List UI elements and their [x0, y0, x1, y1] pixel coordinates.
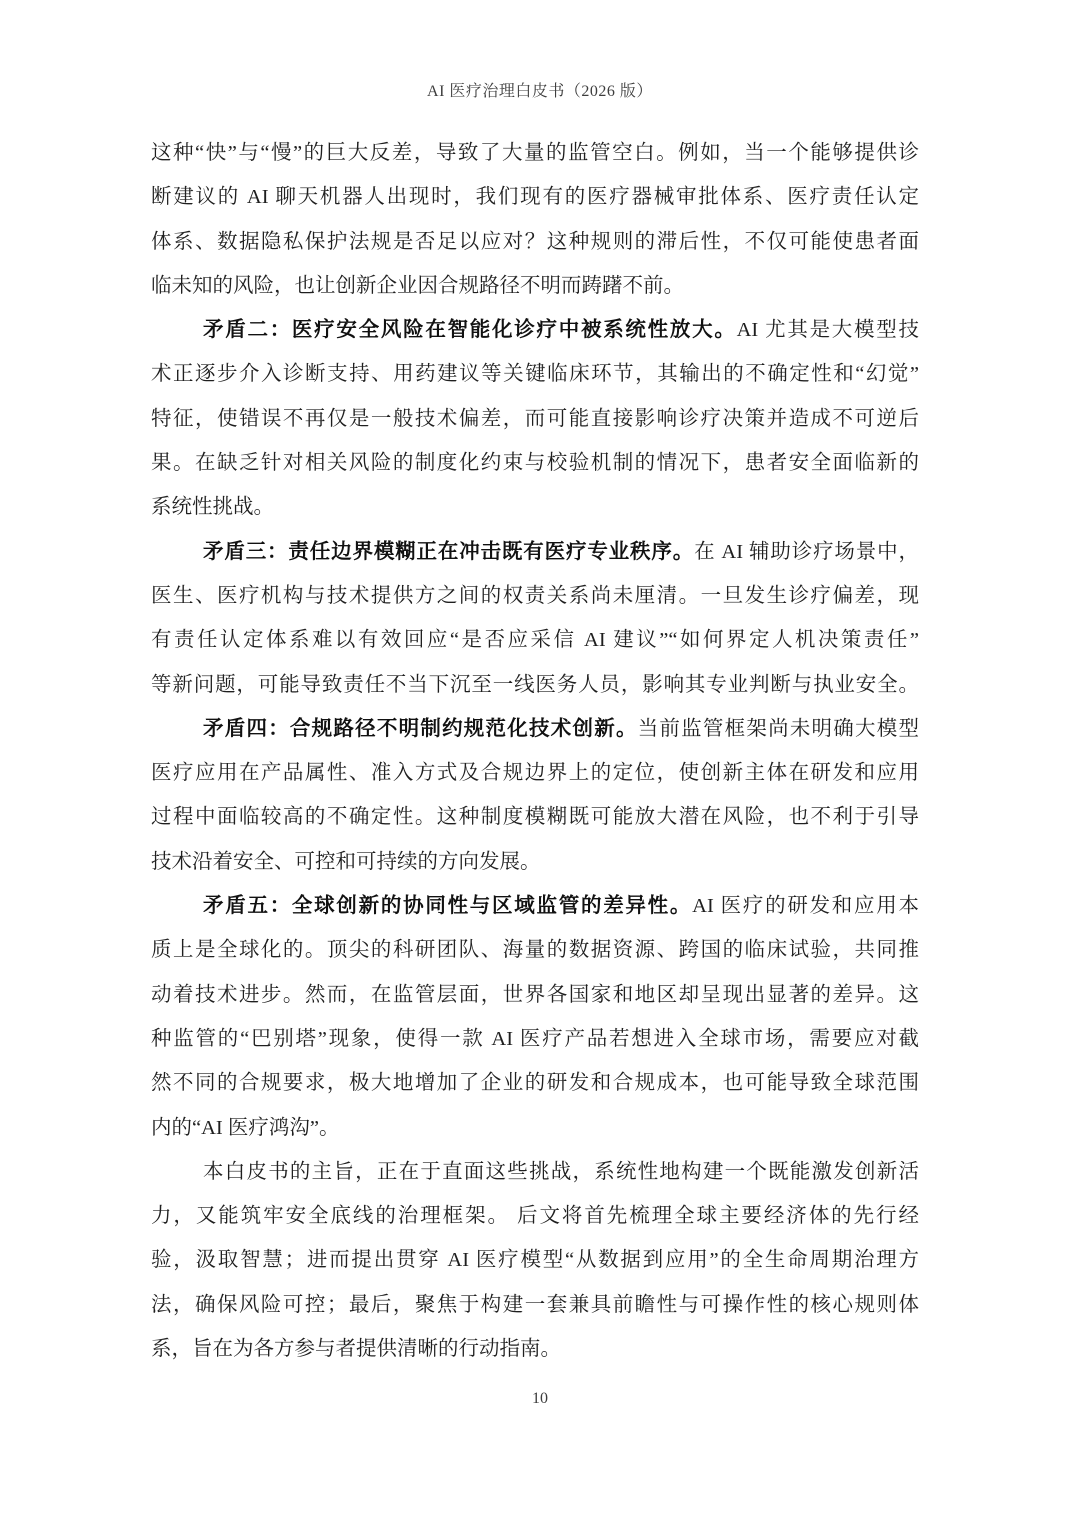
- text-line: 然不同的合规要求，极大地增加了企业的研发和合规成本，也可能导致全球范围: [151, 1061, 919, 1105]
- paragraph-heading-text: 矛盾二：医疗安全风险在智能化诊疗中被系统性放大。: [203, 318, 737, 341]
- text-line: 法，确保风险可控；最后，聚焦于构建一套兼具前瞻性与可操作性的核心规则体: [151, 1283, 919, 1327]
- body-text: 这种“快”与“慢”的巨大反差，导致了大量的监管空白。例如，当一个能够提供诊: [151, 142, 919, 164]
- body-text: 验，汲取智慧；进而提出贯穿 AI 医疗模型“从数据到应用”的全生命周期治理方: [151, 1249, 919, 1271]
- paragraph-heading-text: 矛盾四：合规路径不明制约规范化技术创新。: [203, 717, 638, 740]
- body-text: 本白皮书的主旨，正在于直面这些挑战，系统性地构建一个既能激发创新活: [203, 1161, 919, 1183]
- text-line: 医疗应用在产品属性、准入方式及合规边界上的定位，使创新主体在研发和应用: [151, 751, 919, 795]
- body-text: 有责任认定体系难以有效回应“是否应采信 AI 建议”“如何界定人机决策责任”: [151, 629, 919, 651]
- body-text: AI 尤其是大模型技: [737, 319, 919, 341]
- document-body: 这种“快”与“慢”的巨大反差，导致了大量的监管空白。例如，当一个能够提供诊断建议…: [151, 131, 919, 1371]
- text-line: 等新问题，可能导致责任不当下沉至一线医务人员，影响其专业判断与执业安全。: [151, 663, 919, 707]
- text-line: 系统性挑战。: [151, 485, 919, 529]
- text-line: 体系、数据隐私保护法规是否足以应对？这种规则的滞后性，不仅可能使患者面: [151, 220, 919, 264]
- body-text: 技术沿着安全、可控和可持续的方向发展。: [151, 851, 541, 873]
- text-line: 矛盾二：医疗安全风险在智能化诊疗中被系统性放大。AI 尤其是大模型技: [151, 308, 919, 352]
- body-text: 然不同的合规要求，极大地增加了企业的研发和合规成本，也可能导致全球范围: [151, 1072, 919, 1094]
- body-text: 医疗应用在产品属性、准入方式及合规边界上的定位，使创新主体在研发和应用: [151, 762, 919, 784]
- text-line: 术正逐步介入诊断支持、用药建议等关键临床环节，其输出的不确定性和“幻觉”: [151, 352, 919, 396]
- body-text: 力，又能筑牢安全底线的治理框架。 后文将首先梳理全球主要经济体的先行经: [151, 1205, 919, 1227]
- body-text: 临未知的风险，也让创新企业因合规路径不明而踌躇不前。: [151, 275, 684, 297]
- text-line: 力，又能筑牢安全底线的治理框架。 后文将首先梳理全球主要经济体的先行经: [151, 1194, 919, 1238]
- body-text: 果。在缺乏针对相关风险的制度化约束与校验机制的情况下，患者安全面临新的: [151, 452, 919, 474]
- text-line: 种监管的“巴别塔”现象，使得一款 AI 医疗产品若想进入全球市场，需要应对截: [151, 1017, 919, 1061]
- text-line: 动着技术进步。然而，在监管层面，世界各国家和地区却呈现出显著的差异。这: [151, 973, 919, 1017]
- text-line: 过程中面临较高的不确定性。这种制度模糊既可能放大潜在风险，也不利于引导: [151, 795, 919, 839]
- text-line: 内的“AI 医疗鸿沟”。: [151, 1106, 919, 1150]
- page-footer: 10: [0, 1390, 1080, 1408]
- text-line: 矛盾五：全球创新的协同性与区域监管的差异性。AI 医疗的研发和应用本: [151, 884, 919, 928]
- body-text: 系统性挑战。: [151, 496, 274, 518]
- body-text: AI 医疗的研发和应用本: [692, 895, 919, 917]
- text-line: 验，汲取智慧；进而提出贯穿 AI 医疗模型“从数据到应用”的全生命周期治理方: [151, 1238, 919, 1282]
- body-text: 过程中面临较高的不确定性。这种制度模糊既可能放大潜在风险，也不利于引导: [151, 806, 919, 828]
- text-line: 断建议的 AI 聊天机器人出现时，我们现有的医疗器械审批体系、医疗责任认定: [151, 175, 919, 219]
- body-text: 术正逐步介入诊断支持、用药建议等关键临床环节，其输出的不确定性和“幻觉”: [151, 363, 919, 385]
- text-line: 技术沿着安全、可控和可持续的方向发展。: [151, 840, 919, 884]
- text-line: 果。在缺乏针对相关风险的制度化约束与校验机制的情况下，患者安全面临新的: [151, 441, 919, 485]
- body-text: 医生、医疗机构与技术提供方之间的权责关系尚未厘清。一旦发生诊疗偏差，现: [151, 585, 919, 607]
- text-line: 医生、医疗机构与技术提供方之间的权责关系尚未厘清。一旦发生诊疗偏差，现: [151, 574, 919, 618]
- body-text: 内的“AI 医疗鸿沟”。: [151, 1117, 339, 1139]
- body-text: 动着技术进步。然而，在监管层面，世界各国家和地区却呈现出显著的差异。这: [151, 984, 919, 1006]
- header-title: AI 医疗治理白皮书（2026 版）: [427, 83, 653, 100]
- body-text: 在 AI 辅助诊疗场景中，: [694, 541, 919, 563]
- text-line: 特征，使错误不再仅是一般技术偏差，而可能直接影响诊疗决策并造成不可逆后: [151, 397, 919, 441]
- paragraph-heading-text: 矛盾三：责任边界模糊正在冲击既有医疗专业秩序。: [203, 540, 694, 563]
- body-text: 法，确保风险可控；最后，聚焦于构建一套兼具前瞻性与可操作性的核心规则体: [151, 1294, 919, 1316]
- text-line: 本白皮书的主旨，正在于直面这些挑战，系统性地构建一个既能激发创新活: [151, 1150, 919, 1194]
- body-text: 体系、数据隐私保护法规是否足以应对？这种规则的滞后性，不仅可能使患者面: [151, 231, 919, 253]
- body-text: 特征，使错误不再仅是一般技术偏差，而可能直接影响诊疗决策并造成不可逆后: [151, 408, 919, 430]
- text-line: 矛盾三：责任边界模糊正在冲击既有医疗专业秩序。在 AI 辅助诊疗场景中，: [151, 530, 919, 574]
- text-line: 临未知的风险，也让创新企业因合规路径不明而踌躇不前。: [151, 264, 919, 308]
- paragraph-heading-text: 矛盾五：全球创新的协同性与区域监管的差异性。: [203, 894, 692, 917]
- body-text: 等新问题，可能导致责任不当下沉至一线医务人员，影响其专业判断与执业安全。: [151, 674, 919, 696]
- body-text: 断建议的 AI 聊天机器人出现时，我们现有的医疗器械审批体系、医疗责任认定: [151, 186, 919, 208]
- text-line: 系，旨在为各方参与者提供清晰的行动指南。: [151, 1327, 919, 1371]
- page-header: AI 医疗治理白皮书（2026 版）: [0, 78, 1080, 101]
- text-line: 有责任认定体系难以有效回应“是否应采信 AI 建议”“如何界定人机决策责任”: [151, 618, 919, 662]
- document-page: AI 医疗治理白皮书（2026 版） 这种“快”与“慢”的巨大反差，导致了大量的…: [0, 0, 1080, 1527]
- text-line: 这种“快”与“慢”的巨大反差，导致了大量的监管空白。例如，当一个能够提供诊: [151, 131, 919, 175]
- body-text: 种监管的“巴别塔”现象，使得一款 AI 医疗产品若想进入全球市场，需要应对截: [151, 1028, 919, 1050]
- text-line: 矛盾四：合规路径不明制约规范化技术创新。当前监管框架尚未明确大模型: [151, 707, 919, 751]
- body-text: 当前监管框架尚未明确大模型: [638, 718, 919, 740]
- page-number: 10: [532, 1390, 548, 1407]
- text-line: 质上是全球化的。顶尖的科研团队、海量的数据资源、跨国的临床试验，共同推: [151, 928, 919, 972]
- body-text: 质上是全球化的。顶尖的科研团队、海量的数据资源、跨国的临床试验，共同推: [151, 939, 919, 961]
- body-text: 系，旨在为各方参与者提供清晰的行动指南。: [151, 1338, 561, 1360]
